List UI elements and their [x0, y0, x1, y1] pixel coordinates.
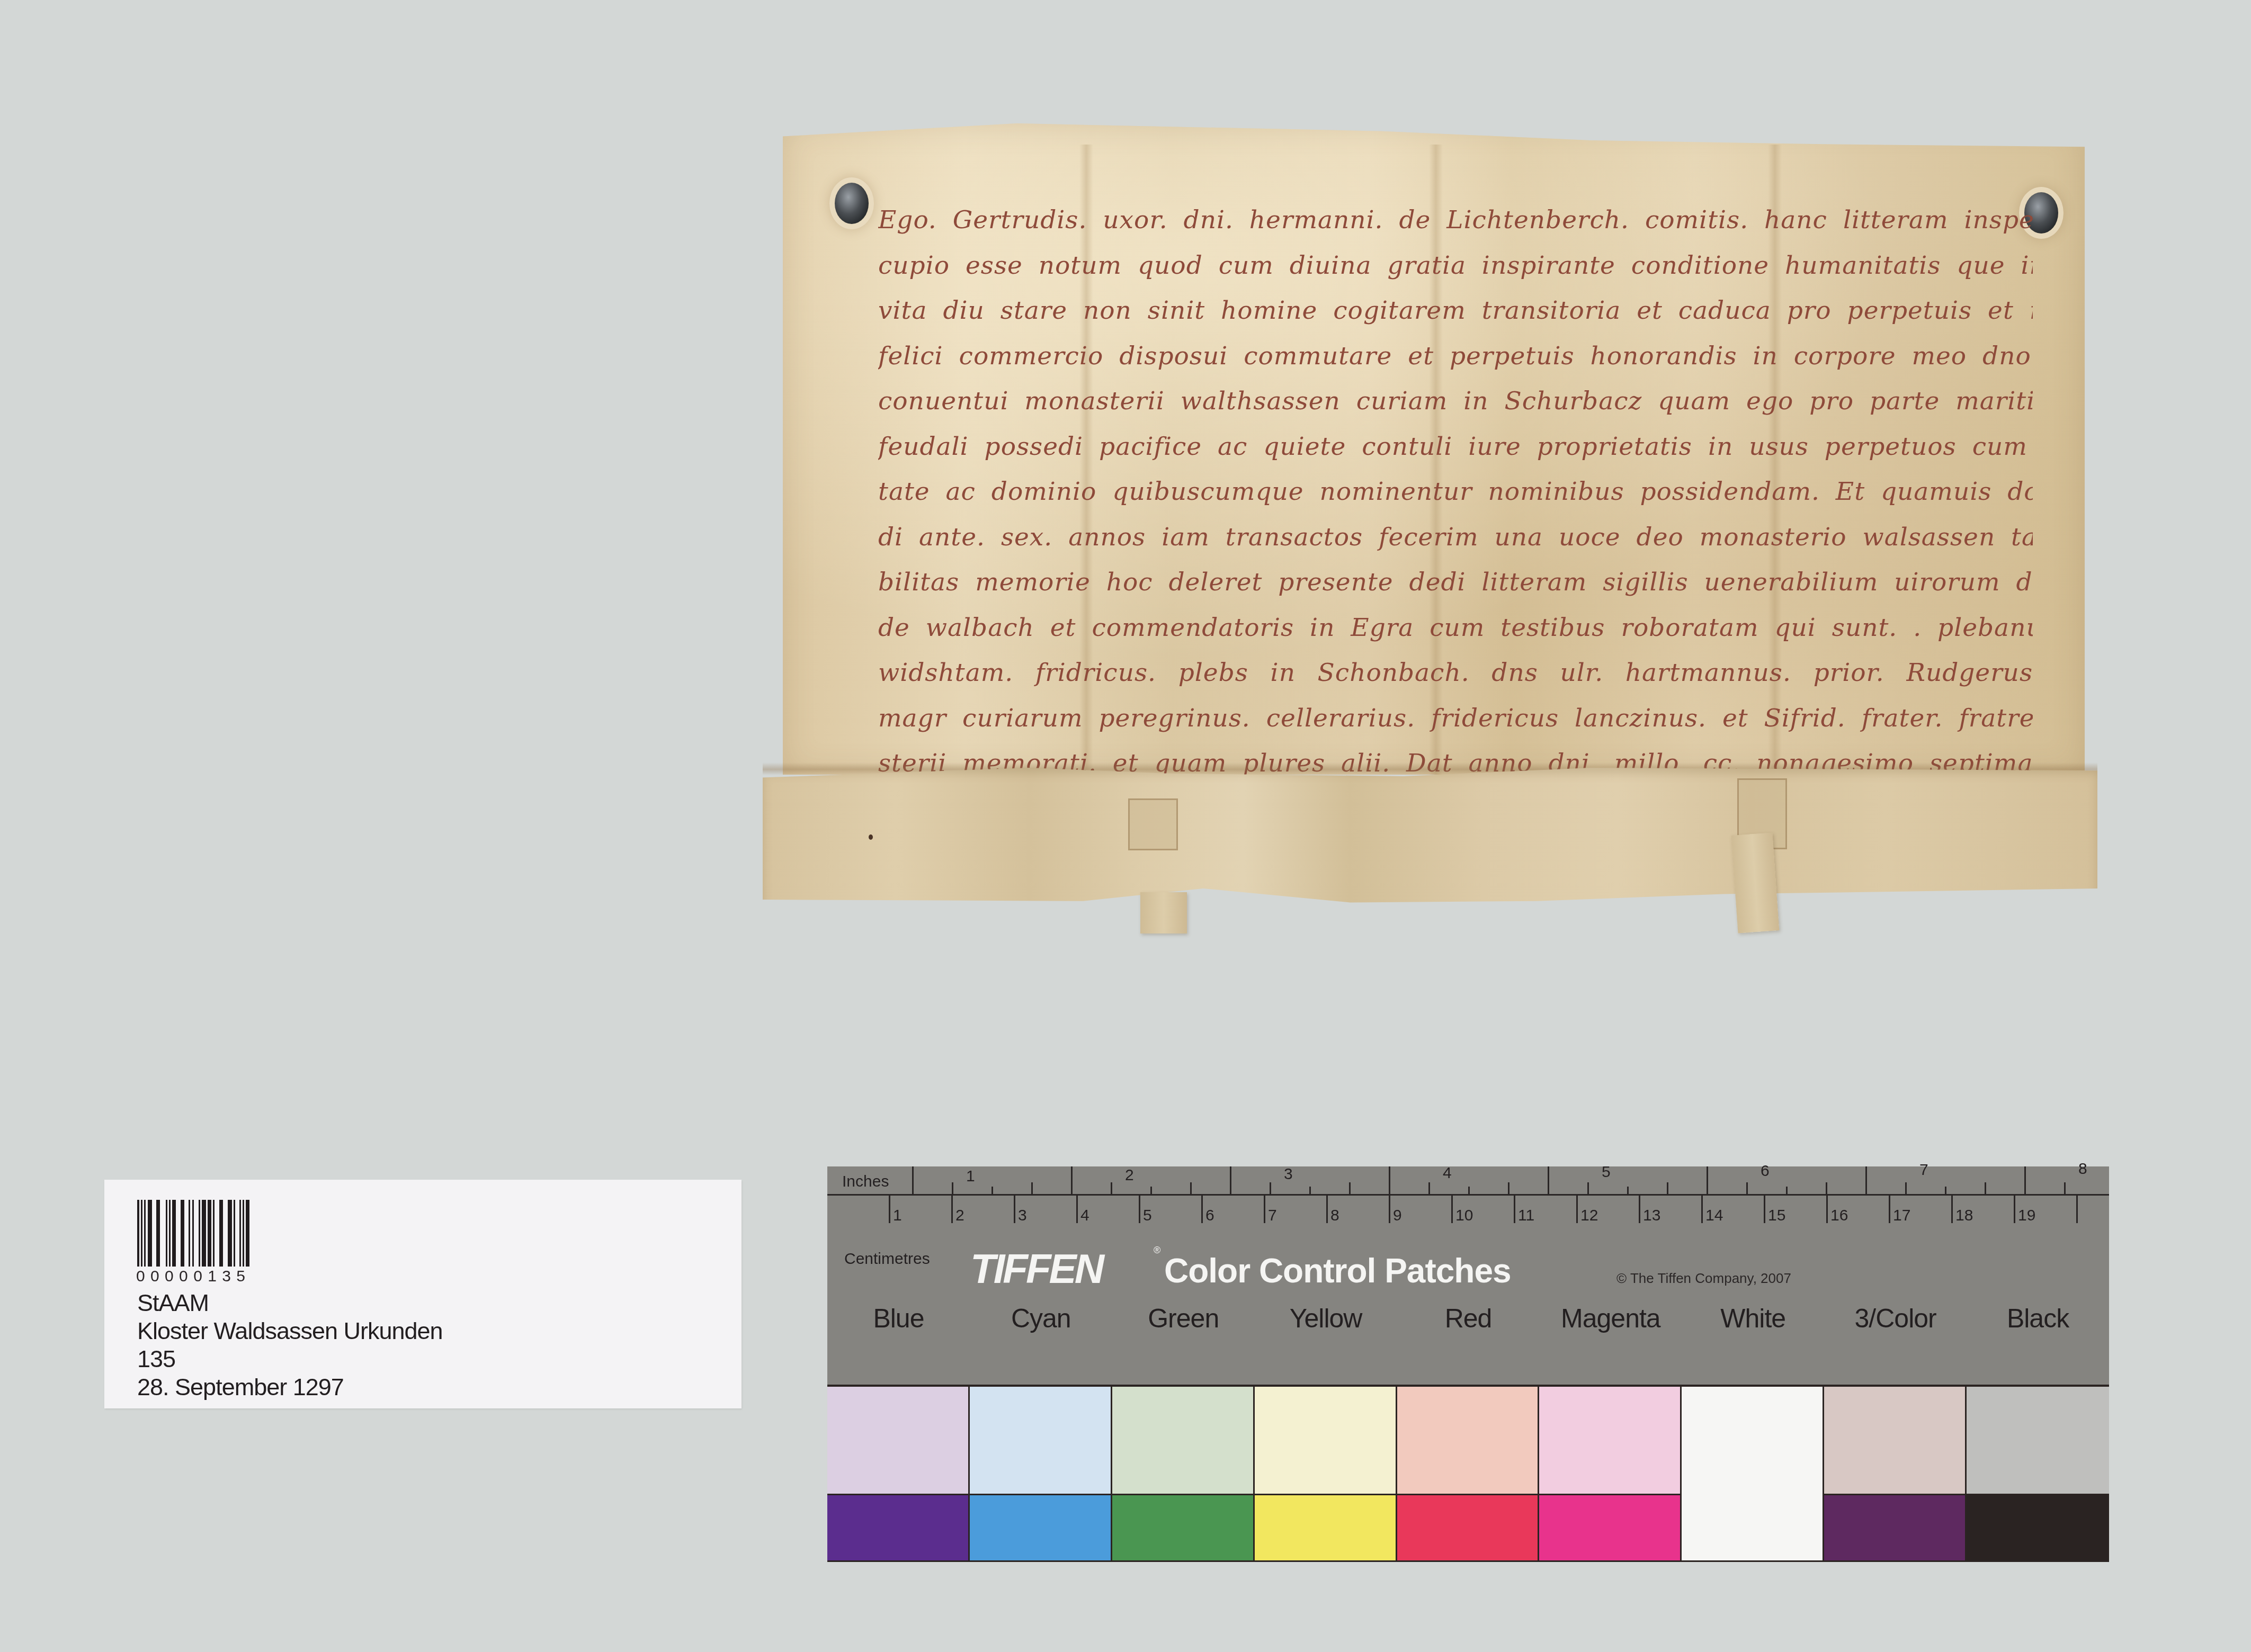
- seal-slot: [1128, 798, 1178, 850]
- chart-title: Color Control Patches: [1164, 1251, 1511, 1290]
- charter-line: cupio esse notum quod cum diuina gratia …: [878, 243, 2033, 289]
- patch-label-row: Blue Cyan Green Yellow Red Magenta White…: [827, 1303, 2109, 1334]
- copyright-notice: © The Tiffen Company, 2007: [1616, 1270, 1791, 1287]
- tiffen-logo: TIFFEN: [970, 1245, 1102, 1293]
- charter-line: conuentui monasterii walthsassen curiam …: [878, 379, 2033, 424]
- patch-white: [1682, 1387, 1824, 1562]
- charter-line: felici commercio disposui commutare et p…: [878, 334, 2033, 379]
- patch-label-cyan: Cyan: [970, 1303, 1112, 1334]
- patch-label-blue: Blue: [827, 1303, 970, 1334]
- charter-line: feudali possedi pacifice ac quiete contu…: [878, 424, 2033, 470]
- charter-text: Ego. Gertrudis. uxor. dni. hermanni. de …: [878, 197, 2033, 831]
- parchment-sheet: Ego. Gertrudis. uxor. dni. hermanni. de …: [783, 123, 2085, 775]
- plica-fold: [763, 768, 2097, 908]
- patch-black-light: [1967, 1387, 2109, 1495]
- archive-label: 0 0 0 0 0 1 3 5 StAAM Kloster Waldsassen…: [104, 1180, 742, 1408]
- charter-line: widshtam. fridricus. plebs in Schonbach.…: [878, 650, 2033, 696]
- inch-tick: [1707, 1166, 1708, 1194]
- archive-name: StAAM: [137, 1289, 443, 1317]
- inch-tick: [1230, 1166, 1231, 1194]
- patch-3color-light: [1824, 1387, 1967, 1495]
- inch-tick: [1865, 1166, 1867, 1194]
- patch-red-dark: [1397, 1495, 1540, 1562]
- charter-line: tate ac dominio quibuscumque nominentur …: [878, 469, 2033, 515]
- patch-magenta-dark: [1539, 1495, 1682, 1562]
- color-patches: [827, 1387, 2109, 1562]
- patch-magenta-light: [1539, 1387, 1682, 1495]
- patch-3color-dark: [1824, 1495, 1967, 1562]
- charter-line: Ego. Gertrudis. uxor. dni. hermanni. de …: [878, 197, 2033, 243]
- patch-label-black: Black: [1967, 1303, 2109, 1334]
- patch-cyan-light: [970, 1387, 1112, 1495]
- barcode: [137, 1200, 249, 1267]
- inch-tick: [1548, 1166, 1549, 1194]
- collection-name: Kloster Waldsassen Urkunden: [137, 1317, 443, 1345]
- charter-line: vita diu stare non sinit homine cogitare…: [878, 288, 2033, 334]
- inch-tick: [1389, 1166, 1390, 1194]
- patch-yellow-light: [1255, 1387, 1397, 1495]
- inches-caption: Inches: [842, 1173, 889, 1191]
- document-number: 135: [137, 1345, 443, 1373]
- patch-green-light: [1112, 1387, 1255, 1495]
- patch-blue-light: [827, 1387, 970, 1495]
- document-date: 28. September 1297: [137, 1373, 443, 1401]
- patch-blue-dark: [827, 1495, 970, 1562]
- label-text: StAAM Kloster Waldsassen Urkunden 135 28…: [137, 1289, 443, 1401]
- charter-line: di ante. sex. annos iam transactos fecer…: [878, 515, 2033, 560]
- patch-label-white: White: [1682, 1303, 1824, 1334]
- charter-line: de walbach et commendatoris in Egra cum …: [878, 605, 2033, 651]
- charter-line: magr curiarum peregrinus. cellerarius. f…: [878, 696, 2033, 741]
- right-seal-tag: [1731, 833, 1780, 933]
- charter-document: Ego. Gertrudis. uxor. dni. hermanni. de …: [763, 119, 2108, 956]
- left-seal-tag: [1140, 892, 1187, 933]
- charter-line: bilitas memorie hoc deleret presente ded…: [878, 560, 2033, 605]
- patch-green-dark: [1112, 1495, 1255, 1562]
- inch-tick: [912, 1166, 914, 1194]
- barcode-number: 0 0 0 0 0 1 3 5: [136, 1268, 245, 1286]
- patch-yellow-dark: [1255, 1495, 1397, 1562]
- patch-cyan-dark: [970, 1495, 1112, 1562]
- ruler: Inches: [827, 1166, 2109, 1234]
- patch-label-green: Green: [1112, 1303, 1255, 1334]
- chart-header: Inches: [827, 1166, 2109, 1387]
- left-grommet-icon: [835, 183, 869, 224]
- registered-mark-icon: ®: [1154, 1245, 1160, 1256]
- ink-spot: [869, 834, 873, 840]
- patch-red-light: [1397, 1387, 1540, 1495]
- patch-label-magenta: Magenta: [1539, 1303, 1682, 1334]
- centimetres-caption: Centimetres: [844, 1250, 930, 1268]
- patch-label-red: Red: [1397, 1303, 1540, 1334]
- color-control-chart: Inches: [827, 1166, 2110, 1562]
- ruler-axis: [827, 1194, 2109, 1196]
- patch-black-dark: [1967, 1495, 2109, 1562]
- patch-label-yellow: Yellow: [1255, 1303, 1397, 1334]
- inch-tick: [2024, 1166, 2026, 1194]
- inch-tick: [1071, 1166, 1073, 1194]
- patch-label-3color: 3/Color: [1824, 1303, 1967, 1334]
